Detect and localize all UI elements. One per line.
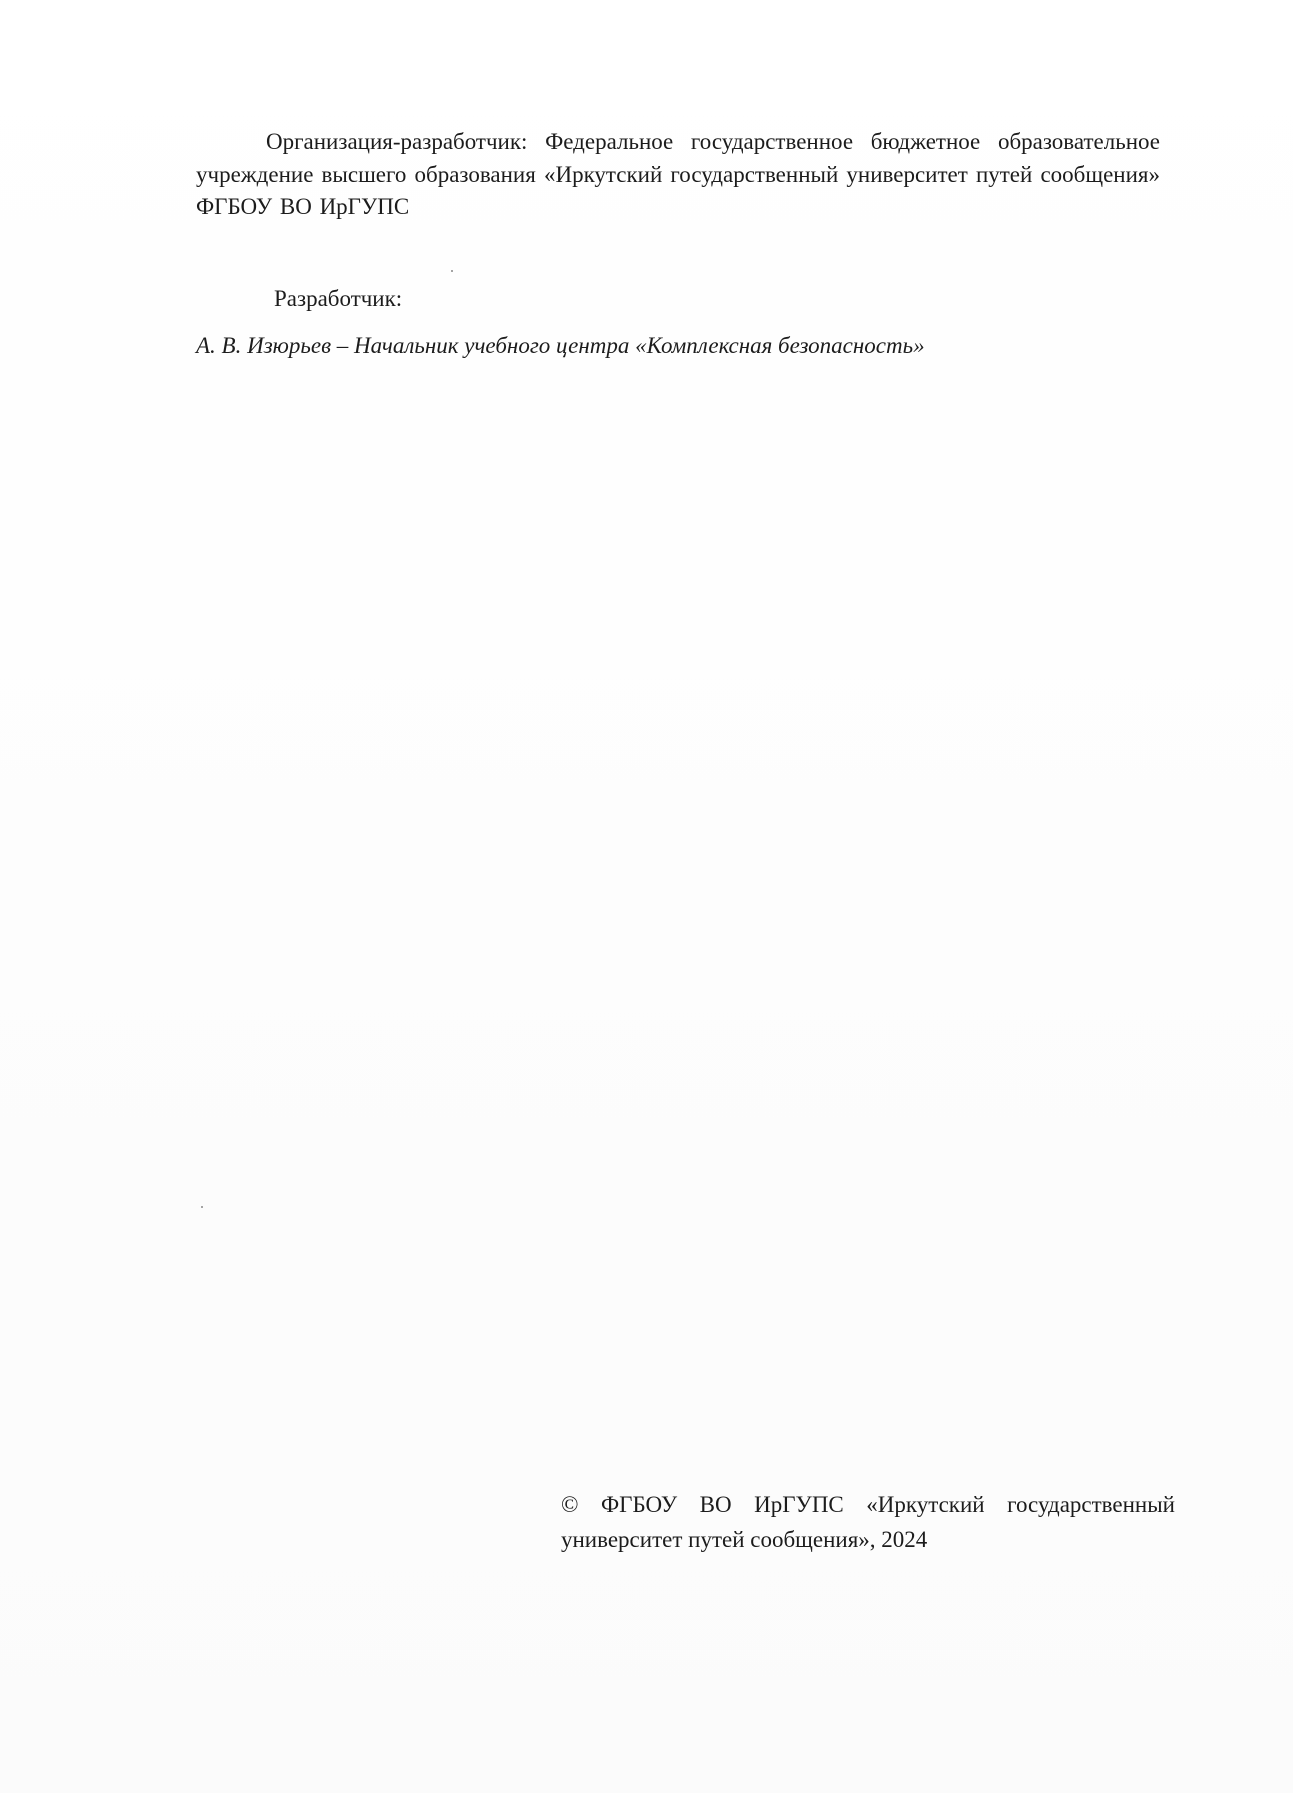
- document-page: Организация-разработчик: Федеральное гос…: [0, 0, 1293, 1793]
- developer-entry: А. В. Изюрьев – Начальник учебного центр…: [196, 333, 925, 359]
- copyright-notice: © ФГБОУ ВО ИрГУПС «Иркутский государстве…: [561, 1487, 1175, 1557]
- scan-speck: [451, 270, 453, 272]
- developer-label: Разработчик:: [274, 286, 402, 312]
- organization-paragraph: Организация-разработчик: Федеральное гос…: [196, 126, 1160, 224]
- scan-speck: [201, 1206, 203, 1208]
